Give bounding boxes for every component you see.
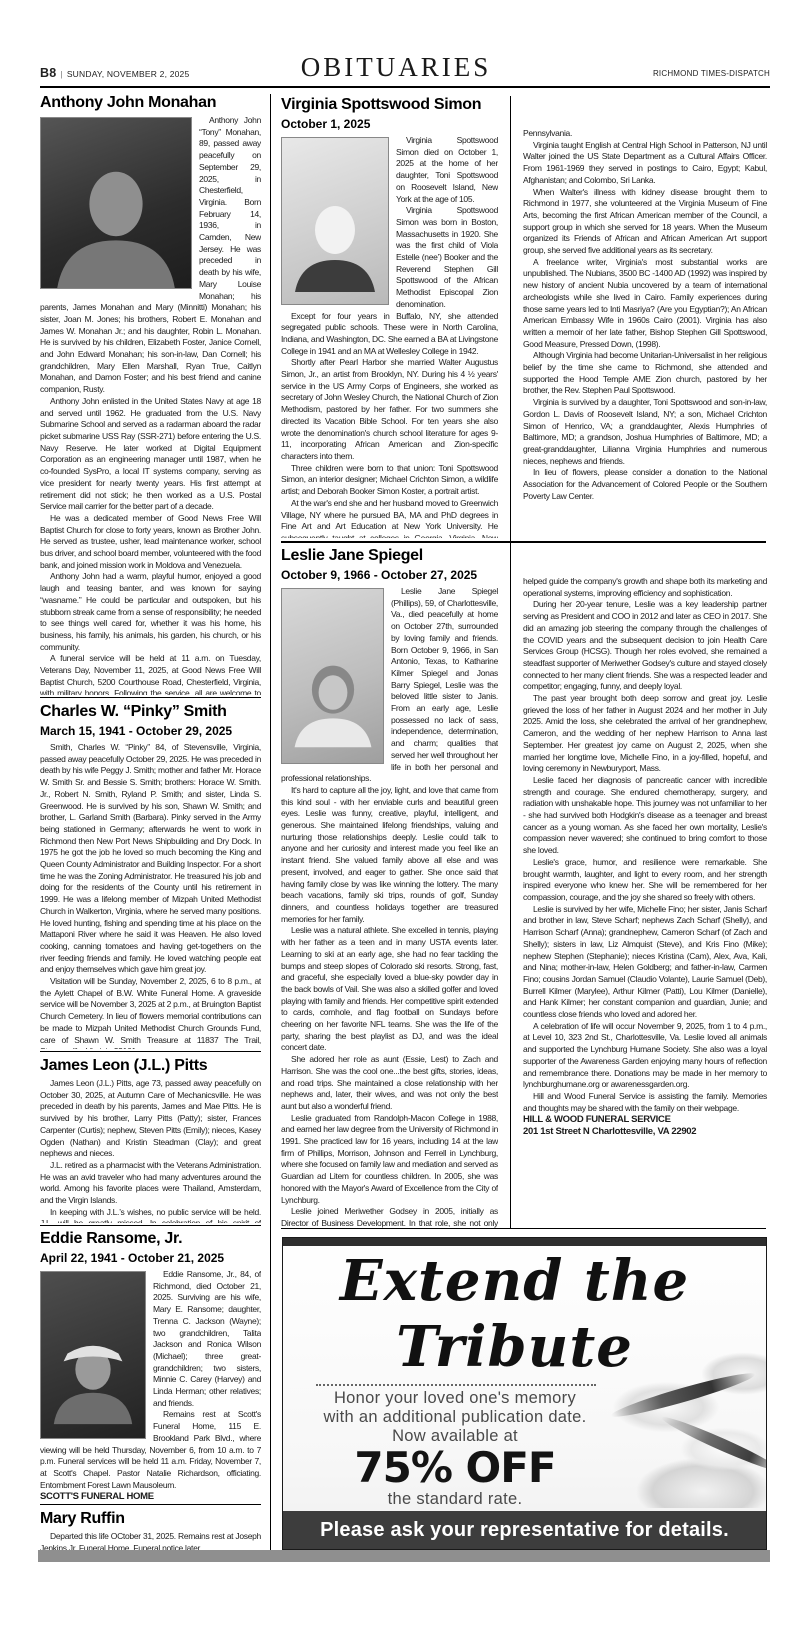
obituary-name-heading: Leslie Jane Spiegel <box>281 547 498 565</box>
obituary-paragraph: Smith, Charles W. “Pinky” 84, of Stevens… <box>40 742 261 976</box>
obituary-spiegel-continued: helped guide the company's growth and sh… <box>523 576 767 1228</box>
obituary-paragraph: A freelance writer, Virginia's most subs… <box>523 257 767 351</box>
ad-text-line: with an additional publication date. <box>287 1408 623 1427</box>
obituary-paragraph: J.L. retired as a pharmacist with the Ve… <box>40 1160 261 1207</box>
obituary-paragraph: Leslie is survived by her wife, Michelle… <box>523 904 767 1021</box>
obituary-spiegel: Leslie Jane Spiegel October 9, 1966 - Oc… <box>281 547 498 1228</box>
funeral-home-name: SCOTT'S FUNERAL HOME <box>40 1491 261 1502</box>
obituary-paragraph: Three children were born to that union: … <box>281 463 498 498</box>
obituary-paragraph: Hill and Wood Funeral Service is assisti… <box>523 1091 767 1114</box>
obituary-paragraph: She adored her role as aunt (Essie, Lest… <box>281 1054 498 1113</box>
ad-title-line-1: Extend the <box>283 1252 746 1310</box>
column-divider-1 <box>270 94 271 1550</box>
obituary-ransome: Eddie Ransome, Jr. April 22, 1941 - Octo… <box>40 1230 261 1502</box>
obituary-paragraph: Anthony John had a warm, playful humor, … <box>40 571 261 653</box>
obituary-paragraph: Pennsylvania. <box>523 128 767 140</box>
obituary-paragraph: It's hard to capture all the joy, light,… <box>281 785 498 925</box>
obituary-dates: March 15, 1941 - October 29, 2025 <box>40 724 261 738</box>
obituary-paragraph: Virginia is survived by a daughter, Toni… <box>523 397 767 467</box>
obituary-paragraph: The past year brought both deep sorrow a… <box>523 693 767 775</box>
obituary-ruffin: Mary Ruffin Departed this life OCtober 3… <box>40 1510 261 1550</box>
obituary-paragraph: James Leon (J.L.) Pitts, age 73, passed … <box>40 1078 261 1160</box>
obituary-simon: Virginia Spottswood Simon October 1, 202… <box>281 96 498 538</box>
obituary-paragraph: During her 20-year tenure, Leslie was a … <box>523 599 767 693</box>
obituary-paragraph: Virginia taught English at Central High … <box>523 140 767 187</box>
portrait-photo-spiegel <box>281 588 384 764</box>
section-rule <box>40 1051 261 1052</box>
obituary-name-heading: Anthony John Monahan <box>40 94 261 112</box>
ad-body: Honor your loved one's memory with an ad… <box>287 1389 623 1509</box>
obituary-monahan: Anthony John Monahan Anthony John “Tony”… <box>40 94 261 695</box>
obituary-paragraph: Leslie joined Meriwether Godsey in 2005,… <box>281 1206 498 1228</box>
ad-text-line: Honor your loved one's memory <box>287 1389 623 1408</box>
obituary-name-heading: Mary Ruffin <box>40 1510 261 1528</box>
obituary-pitts: James Leon (J.L.) Pitts James Leon (J.L.… <box>40 1057 261 1223</box>
person-silhouette <box>285 643 381 764</box>
ad-top-strip <box>283 1238 766 1246</box>
obituary-paragraph: In lieu of flowers, please consider a do… <box>523 467 767 502</box>
obituary-name-heading: Virginia Spottswood Simon <box>281 96 498 114</box>
obituary-paragraph: Departed this life OCtober 31, 2025. Rem… <box>40 1531 261 1550</box>
obituary-dates: October 9, 1966 - October 27, 2025 <box>281 568 498 582</box>
section-title: OBITUARIES <box>0 52 792 83</box>
obituary-simon-continued: Pennsylvania. Virginia taught English at… <box>523 128 767 538</box>
person-silhouette <box>46 160 186 289</box>
obituary-name-heading: Eddie Ransome, Jr. <box>40 1230 261 1248</box>
funeral-home-name: HILL & WOOD FUNERAL SERVICE <box>523 1114 767 1126</box>
obituary-paragraph: Leslie faced her diagnosis of pancreatic… <box>523 775 767 857</box>
tribute-advertisement: Extend the Tribute Honor your loved one'… <box>282 1237 767 1550</box>
section-rule <box>40 1504 261 1505</box>
obituary-paragraph: Leslie graduated from Randolph-Macon Col… <box>281 1113 498 1207</box>
obituary-name-heading: Charles W. “Pinky” Smith <box>40 703 261 721</box>
ad-text-line: the standard rate. <box>287 1490 623 1509</box>
ad-discount-text: 75% OFF <box>287 1446 623 1490</box>
dotted-divider <box>316 1384 596 1386</box>
obituary-paragraph: In keeping with J.L.’s wishes, no public… <box>40 1207 261 1223</box>
obituary-paragraph: A funeral service will be held at 11 a.m… <box>40 653 261 695</box>
portrait-photo-simon <box>281 137 389 305</box>
section-rule <box>281 541 766 543</box>
person-silhouette <box>285 188 385 305</box>
obituary-paragraph: When Walter's illness with kidney diseas… <box>523 187 767 257</box>
obituary-dates: October 1, 2025 <box>281 117 498 131</box>
publication-name: RICHMOND TIMES-DISPATCH <box>653 69 770 78</box>
obituary-paragraph: helped guide the company's growth and sh… <box>523 576 767 599</box>
person-silhouette <box>44 1320 142 1439</box>
portrait-photo-monahan <box>40 117 192 289</box>
header-rule <box>40 86 770 88</box>
obituary-paragraph: Visitation will be Sunday, November 2, 2… <box>40 976 261 1049</box>
obituary-paragraph: Shortly after Pearl Harbor she married W… <box>281 357 498 462</box>
ad-footer-bar: Please ask your representative for detai… <box>283 1511 766 1549</box>
obituary-paragraph: Anthony John enlisted in the United Stat… <box>40 396 261 513</box>
section-rule <box>40 697 261 698</box>
obituary-paragraph: Leslie was a natural athlete. She excell… <box>281 925 498 1054</box>
obituary-paragraph: At the war's end she and her husband mov… <box>281 498 498 538</box>
portrait-photo-ransome <box>40 1271 146 1439</box>
obituary-paragraph: He was a dedicated member of Good News F… <box>40 513 261 572</box>
obituary-paragraph: Although Virginia had become Unitarian-U… <box>523 350 767 397</box>
obituary-dates: April 22, 1941 - October 21, 2025 <box>40 1251 261 1265</box>
section-rule <box>40 1225 261 1226</box>
section-rule <box>281 1228 766 1229</box>
ad-title-line-2: Tribute <box>283 1318 746 1376</box>
bottom-gray-bar <box>38 1550 770 1562</box>
newspaper-page: B8|SUNDAY, NOVEMBER 2, 2025 OBITUARIES R… <box>0 0 792 1638</box>
funeral-home-address: 201 1st Street N Charlottesville, VA 229… <box>523 1126 767 1138</box>
obituary-smith: Charles W. “Pinky” Smith March 15, 1941 … <box>40 703 261 1049</box>
obituary-paragraph: Leslie's grace, humor, and resilience we… <box>523 857 767 904</box>
obituary-name-heading: James Leon (J.L.) Pitts <box>40 1057 261 1075</box>
obituary-paragraph: Except for four years in Buffalo, NY, sh… <box>281 311 498 358</box>
column-divider-2 <box>510 96 511 1228</box>
obituary-paragraph: A celebration of life will occur Novembe… <box>523 1021 767 1091</box>
